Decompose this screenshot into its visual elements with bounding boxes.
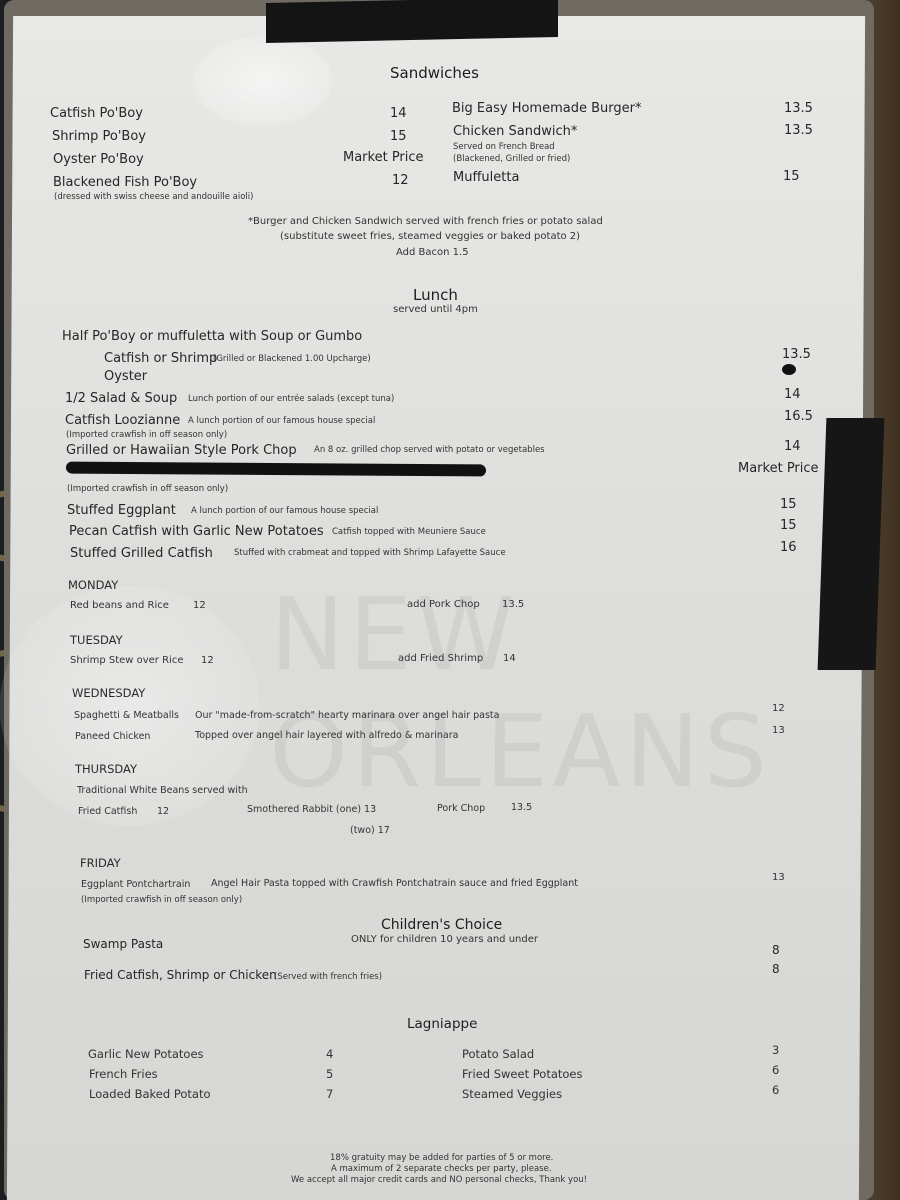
daily-item: Shrimp Stew over Rice [70, 655, 183, 666]
daily-item: Smothered Rabbit (one) 13 [247, 804, 376, 815]
binder-clip-right [818, 418, 885, 670]
menu-item-note: (Served with french fries) [274, 972, 382, 982]
daily-price: 12 [193, 600, 206, 611]
footer-note: 18% gratuity may be added for parties of… [330, 1153, 553, 1163]
section-subtitle: served until 4pm [393, 304, 478, 315]
daily-item: Eggplant Pontchartrain [81, 879, 190, 890]
menu-item-desc: Lunch portion of our entrée salads (exce… [188, 394, 394, 404]
daily-item-desc: Angel Hair Pasta topped with Crawfish Po… [211, 878, 578, 889]
side-item: Loaded Baked Potato [89, 1087, 211, 1101]
menu-item: Big Easy Homemade Burger* [452, 101, 641, 116]
day-heading-wednesday: WEDNESDAY [72, 686, 145, 700]
menu-price: 13.5 [782, 347, 811, 362]
menu-item-note: (Imported crawfish in off season only) [66, 430, 227, 440]
menu-price: 12 [392, 173, 409, 188]
daily-price: 13 [772, 872, 785, 883]
menu-item: Swamp Pasta [83, 937, 163, 951]
daily-item-note: (Imported crawfish in off season only) [81, 895, 242, 905]
menu-price: 15 [780, 518, 797, 533]
menu-item: Chicken Sandwich* [453, 124, 577, 139]
section-title-lagniappe: Lagniappe [407, 1016, 477, 1032]
menu-item: Oyster Po'Boy [53, 152, 144, 167]
menu-item-desc: A lunch portion of our famous house spec… [191, 506, 378, 516]
day-heading-friday: FRIDAY [80, 856, 121, 870]
side-price: 7 [326, 1087, 333, 1101]
side-item: Garlic New Potatoes [88, 1047, 204, 1061]
side-item: Steamed Veggies [462, 1087, 562, 1101]
menu-item: Grilled or Hawaiian Style Pork Chop [66, 443, 297, 458]
menu-item: Catfish Po'Boy [50, 106, 143, 121]
menu-item-desc: Catfish topped with Meuniere Sauce [332, 527, 486, 537]
daily-item-desc: Our "made-from-scratch" hearty marinara … [195, 710, 499, 721]
side-item: Fried Sweet Potatoes [462, 1067, 582, 1081]
menu-price: 8 [772, 962, 780, 976]
menu-item: Pecan Catfish with Garlic New Potatoes [69, 524, 324, 539]
daily-price: 12 [201, 655, 214, 666]
menu-item-note: (Imported crawfish in off season only) [67, 484, 228, 494]
side-item: French Fries [89, 1067, 158, 1081]
side-item: Potato Salad [462, 1047, 534, 1061]
daily-price: 12 [772, 703, 785, 714]
binder-clip-top [266, 0, 558, 43]
menu-item-desc: A lunch portion of our famous house spec… [188, 416, 375, 426]
menu-price: Market Price [738, 461, 819, 476]
daily-item: Spaghetti & Meatballs [74, 710, 179, 721]
menu-item: Catfish or Shrimp [104, 351, 217, 366]
day-heading-tuesday: TUESDAY [70, 633, 123, 647]
day-heading-thursday: THURSDAY [75, 762, 137, 776]
menu-price: 15 [783, 169, 800, 184]
menu-item: Stuffed Eggplant [67, 503, 176, 518]
menu-price: 16 [780, 540, 797, 555]
daily-item: (two) 17 [350, 825, 390, 836]
menu-price: 14 [390, 106, 407, 121]
daily-addon-price: 13.5 [502, 599, 524, 610]
menu-price: 15 [390, 129, 407, 144]
sandwich-footnote: (substitute sweet fries, steamed veggies… [280, 231, 580, 242]
daily-addon: add Fried Shrimp [398, 653, 483, 664]
daily-item: Paneed Chicken [75, 731, 150, 742]
menu-price: 16.5 [784, 409, 813, 424]
menu-item: Shrimp Po'Boy [52, 129, 146, 144]
footer-note: A maximum of 2 separate checks per party… [331, 1164, 552, 1174]
menu-item: Oyster [104, 369, 147, 384]
menu-price: 13.5 [784, 123, 813, 138]
menu-item: Blackened Fish Po'Boy [53, 175, 197, 190]
side-price: 5 [326, 1067, 333, 1081]
menu-item: Fried Catfish, Shrimp or Chicken [84, 968, 277, 982]
menu-item: 1/2 Salad & Soup [65, 391, 177, 406]
daily-item: Fried Catfish [78, 806, 137, 817]
daily-item: Pork Chop [437, 803, 485, 814]
menu-item-note: (Grilled or Blackened 1.00 Upcharge) [213, 354, 371, 364]
footer-note: We accept all major credit cards and NO … [291, 1175, 587, 1185]
menu-item-desc: An 8 oz. grilled chop served with potato… [314, 445, 545, 455]
sandwich-footnote: *Burger and Chicken Sandwich served with… [248, 216, 603, 227]
menu-price: 14 [784, 439, 801, 454]
menu-item-note: (dressed with swiss cheese and andouille… [54, 192, 253, 202]
side-price: 6 [772, 1083, 779, 1097]
menu-item: Half Po'Boy or muffuletta with Soup or G… [62, 329, 362, 344]
menu-price: 13.5 [784, 101, 813, 116]
menu-price: 14 [784, 387, 801, 402]
glare [193, 36, 333, 126]
daily-price: 12 [157, 806, 169, 817]
sandwich-footnote: Add Bacon 1.5 [396, 247, 469, 258]
daily-price: 13.5 [511, 802, 532, 813]
menu-item: Stuffed Grilled Catfish [70, 546, 213, 561]
daily-item-desc: Topped over angel hair layered with alfr… [195, 730, 458, 741]
menu-price: Market Price [343, 150, 424, 165]
marker-dot [782, 364, 796, 375]
menu-item: Muffuletta [453, 170, 519, 185]
daily-addon: add Pork Chop [407, 599, 480, 610]
daily-addon-price: 14 [503, 653, 516, 664]
section-title-sandwiches: Sandwiches [390, 64, 479, 82]
menu-item: Catfish Loozianne [65, 413, 180, 428]
section-title-children: Children's Choice [381, 917, 502, 933]
daily-item: Red beans and Rice [70, 600, 169, 611]
side-price: 3 [772, 1043, 779, 1057]
menu-price: 15 [780, 497, 797, 512]
daily-price: 13 [772, 725, 785, 736]
watermark: NEW ORLEANS [269, 576, 862, 810]
menu-item-note: (Blackened, Grilled or fried) [453, 154, 570, 164]
menu-price: 8 [772, 943, 780, 957]
menu-item-note: Served on French Bread [453, 142, 555, 152]
section-title-lunch: Lunch [413, 286, 458, 304]
menu-item-desc: Stuffed with crabmeat and topped with Sh… [234, 548, 506, 558]
side-price: 4 [326, 1047, 333, 1061]
section-subtitle: ONLY for children 10 years and under [351, 934, 538, 945]
side-price: 6 [772, 1063, 779, 1077]
day-heading-monday: MONDAY [68, 578, 118, 592]
daily-intro: Traditional White Beans served with [77, 785, 248, 796]
